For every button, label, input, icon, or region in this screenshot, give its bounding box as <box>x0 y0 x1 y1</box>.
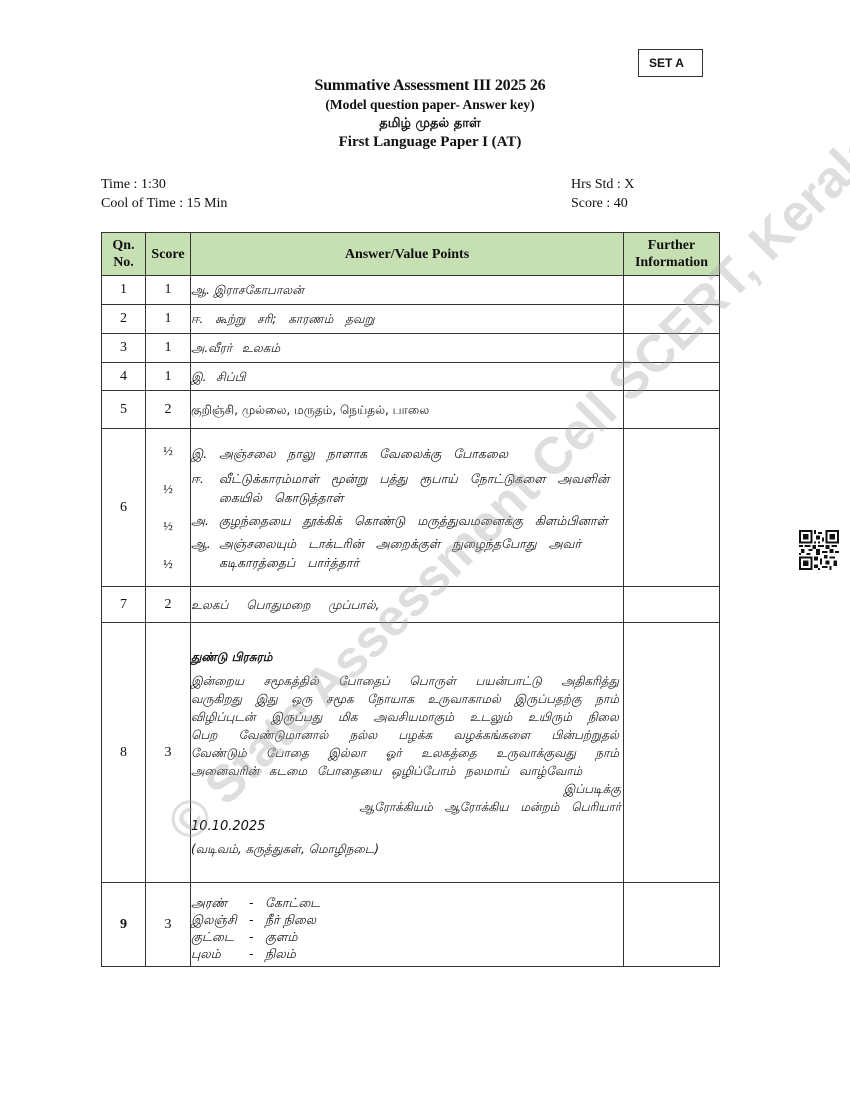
answer-cell: துண்டு பிரசுரம் இன்றைய சமூகத்தில் போதைப்… <box>191 623 624 883</box>
table-row: 1 1 ஆ. இராசகோபாலன் <box>102 276 720 305</box>
further-cell <box>624 587 720 623</box>
score-cell: 2 <box>146 587 191 623</box>
time-label: Time : 1:30 <box>101 175 227 194</box>
title-block: Summative Assessment III 2025 26 (Model … <box>250 76 610 152</box>
table-row: 7 2 உலகப் பொதுமறை முப்பால், <box>102 587 720 623</box>
word-meaning-pair: அரண்-கோட்டை <box>191 894 623 911</box>
further-cell <box>624 363 720 391</box>
further-cell <box>624 391 720 429</box>
score-cell: ½ ½ ½ ½ <box>146 429 191 587</box>
table-header-row: Qn. No. Score Answer/Value Points Furthe… <box>102 233 720 276</box>
qr-code-icon <box>799 530 839 570</box>
answer-key-table: Qn. No. Score Answer/Value Points Furthe… <box>101 232 720 967</box>
marking-note: (வடிவம், கருத்துகள், மொழிநடை) <box>191 840 623 858</box>
further-cell <box>624 276 720 305</box>
table-row: 4 1 இ. சிப்பி <box>102 363 720 391</box>
answer-cell: அ.வீரர் உலகம் <box>191 334 624 363</box>
sub-answer: ஆ. அஞ்சலையும் டாக்டரின் அறைக்குள் நுழைந்… <box>191 534 623 572</box>
answer-cell: அரண்-கோட்டை இலஞ்சி-நீர் நிலை குட்டை-குளம… <box>191 883 624 967</box>
qn-cell: 7 <box>102 587 146 623</box>
table-row: 2 1 ஈ. கூற்று சரி; காரணம் தவறு <box>102 305 720 334</box>
further-cell <box>624 334 720 363</box>
answer-cell: உலகப் பொதுமறை முப்பால், <box>191 587 624 623</box>
notice-heading: துண்டு பிரசுரம் <box>191 648 623 666</box>
table-row: 6 ½ ½ ½ ½ இ. அஞ்சலை நாலு நாளாக வேலைக்கு … <box>102 429 720 587</box>
doc-subtitle: (Model question paper- Answer key) <box>250 95 610 114</box>
tamil-title: தமிழ் முதல் தாள் <box>250 114 610 133</box>
sub-answer: இ. அஞ்சலை நாலு நாளாக வேலைக்கு போகலை <box>191 444 623 463</box>
header-answer: Answer/Value Points <box>191 233 624 276</box>
score-label: Score : 40 <box>571 194 634 213</box>
notice-body: இன்றைய சமூகத்தில் போதைப் பொருள் பயன்பாட்… <box>191 672 623 780</box>
score-cell: 1 <box>146 305 191 334</box>
half-mark: ½ <box>163 481 173 497</box>
qn-cell: 6 <box>102 429 146 587</box>
notice-sign-2: ஆரோக்கியம் ஆரோக்கிய மன்றம் பெரியார் <box>191 798 623 816</box>
notice-date: 10.10.2025 <box>191 818 623 836</box>
word-meaning-pair: புலம்-நிலம் <box>191 945 623 962</box>
meta-left: Time : 1:30 Cool of Time : 15 Min <box>101 175 227 213</box>
paper-name: First Language Paper I (AT) <box>250 133 610 152</box>
qn-cell: 3 <box>102 334 146 363</box>
answer-cell: இ. சிப்பி <box>191 363 624 391</box>
qn-cell: 5 <box>102 391 146 429</box>
table-row: 5 2 குறிஞ்சி, முல்லை, மருதம், நெய்தல், ப… <box>102 391 720 429</box>
further-cell <box>624 429 720 587</box>
std-label: Hrs Std : X <box>571 175 634 194</box>
sub-answer: அ. குழந்தையை தூக்கிக் கொண்டு மருத்துவமனை… <box>191 511 623 530</box>
qn-cell: 4 <box>102 363 146 391</box>
word-meaning-pair: குட்டை-குளம் <box>191 928 623 945</box>
qn-cell: 9 <box>102 883 146 967</box>
score-cell: 3 <box>146 623 191 883</box>
answer-cell: இ. அஞ்சலை நாலு நாளாக வேலைக்கு போகலை ஈ. வ… <box>191 429 624 587</box>
sub-answer: ஈ. வீட்டுக்காரம்மாள் மூன்று பத்து ரூபாய்… <box>191 469 623 507</box>
further-cell <box>624 305 720 334</box>
score-cell: 2 <box>146 391 191 429</box>
table-row: 8 3 துண்டு பிரசுரம் இன்றைய சமூகத்தில் போ… <box>102 623 720 883</box>
header-further: Further Information <box>624 233 720 276</box>
further-cell <box>624 623 720 883</box>
header-score: Score <box>146 233 191 276</box>
word-meaning-pair: இலஞ்சி-நீர் நிலை <box>191 911 623 928</box>
half-mark: ½ <box>163 443 173 459</box>
half-mark: ½ <box>163 556 173 572</box>
score-cell: 3 <box>146 883 191 967</box>
answer-cell: ஈ. கூற்று சரி; காரணம் தவறு <box>191 305 624 334</box>
half-mark: ½ <box>163 518 173 534</box>
score-cell: 1 <box>146 363 191 391</box>
table-row: 3 1 அ.வீரர் உலகம் <box>102 334 720 363</box>
header-qn: Qn. No. <box>102 233 146 276</box>
qn-cell: 8 <box>102 623 146 883</box>
answer-cell: குறிஞ்சி, முல்லை, மருதம், நெய்தல், பாலை <box>191 391 624 429</box>
further-cell <box>624 883 720 967</box>
cool-off-label: Cool of Time : 15 Min <box>101 194 227 213</box>
score-cell: 1 <box>146 276 191 305</box>
notice-sign-1: இப்படிக்கு <box>191 780 623 798</box>
qn-cell: 2 <box>102 305 146 334</box>
doc-title: Summative Assessment III 2025 26 <box>250 76 610 95</box>
answer-cell: ஆ. இராசகோபாலன் <box>191 276 624 305</box>
score-cell: 1 <box>146 334 191 363</box>
table-row: 9 3 அரண்-கோட்டை இலஞ்சி-நீர் நிலை குட்டை-… <box>102 883 720 967</box>
meta-right: Hrs Std : X Score : 40 <box>571 175 634 213</box>
qn-cell: 1 <box>102 276 146 305</box>
set-label: SET A <box>638 49 703 77</box>
